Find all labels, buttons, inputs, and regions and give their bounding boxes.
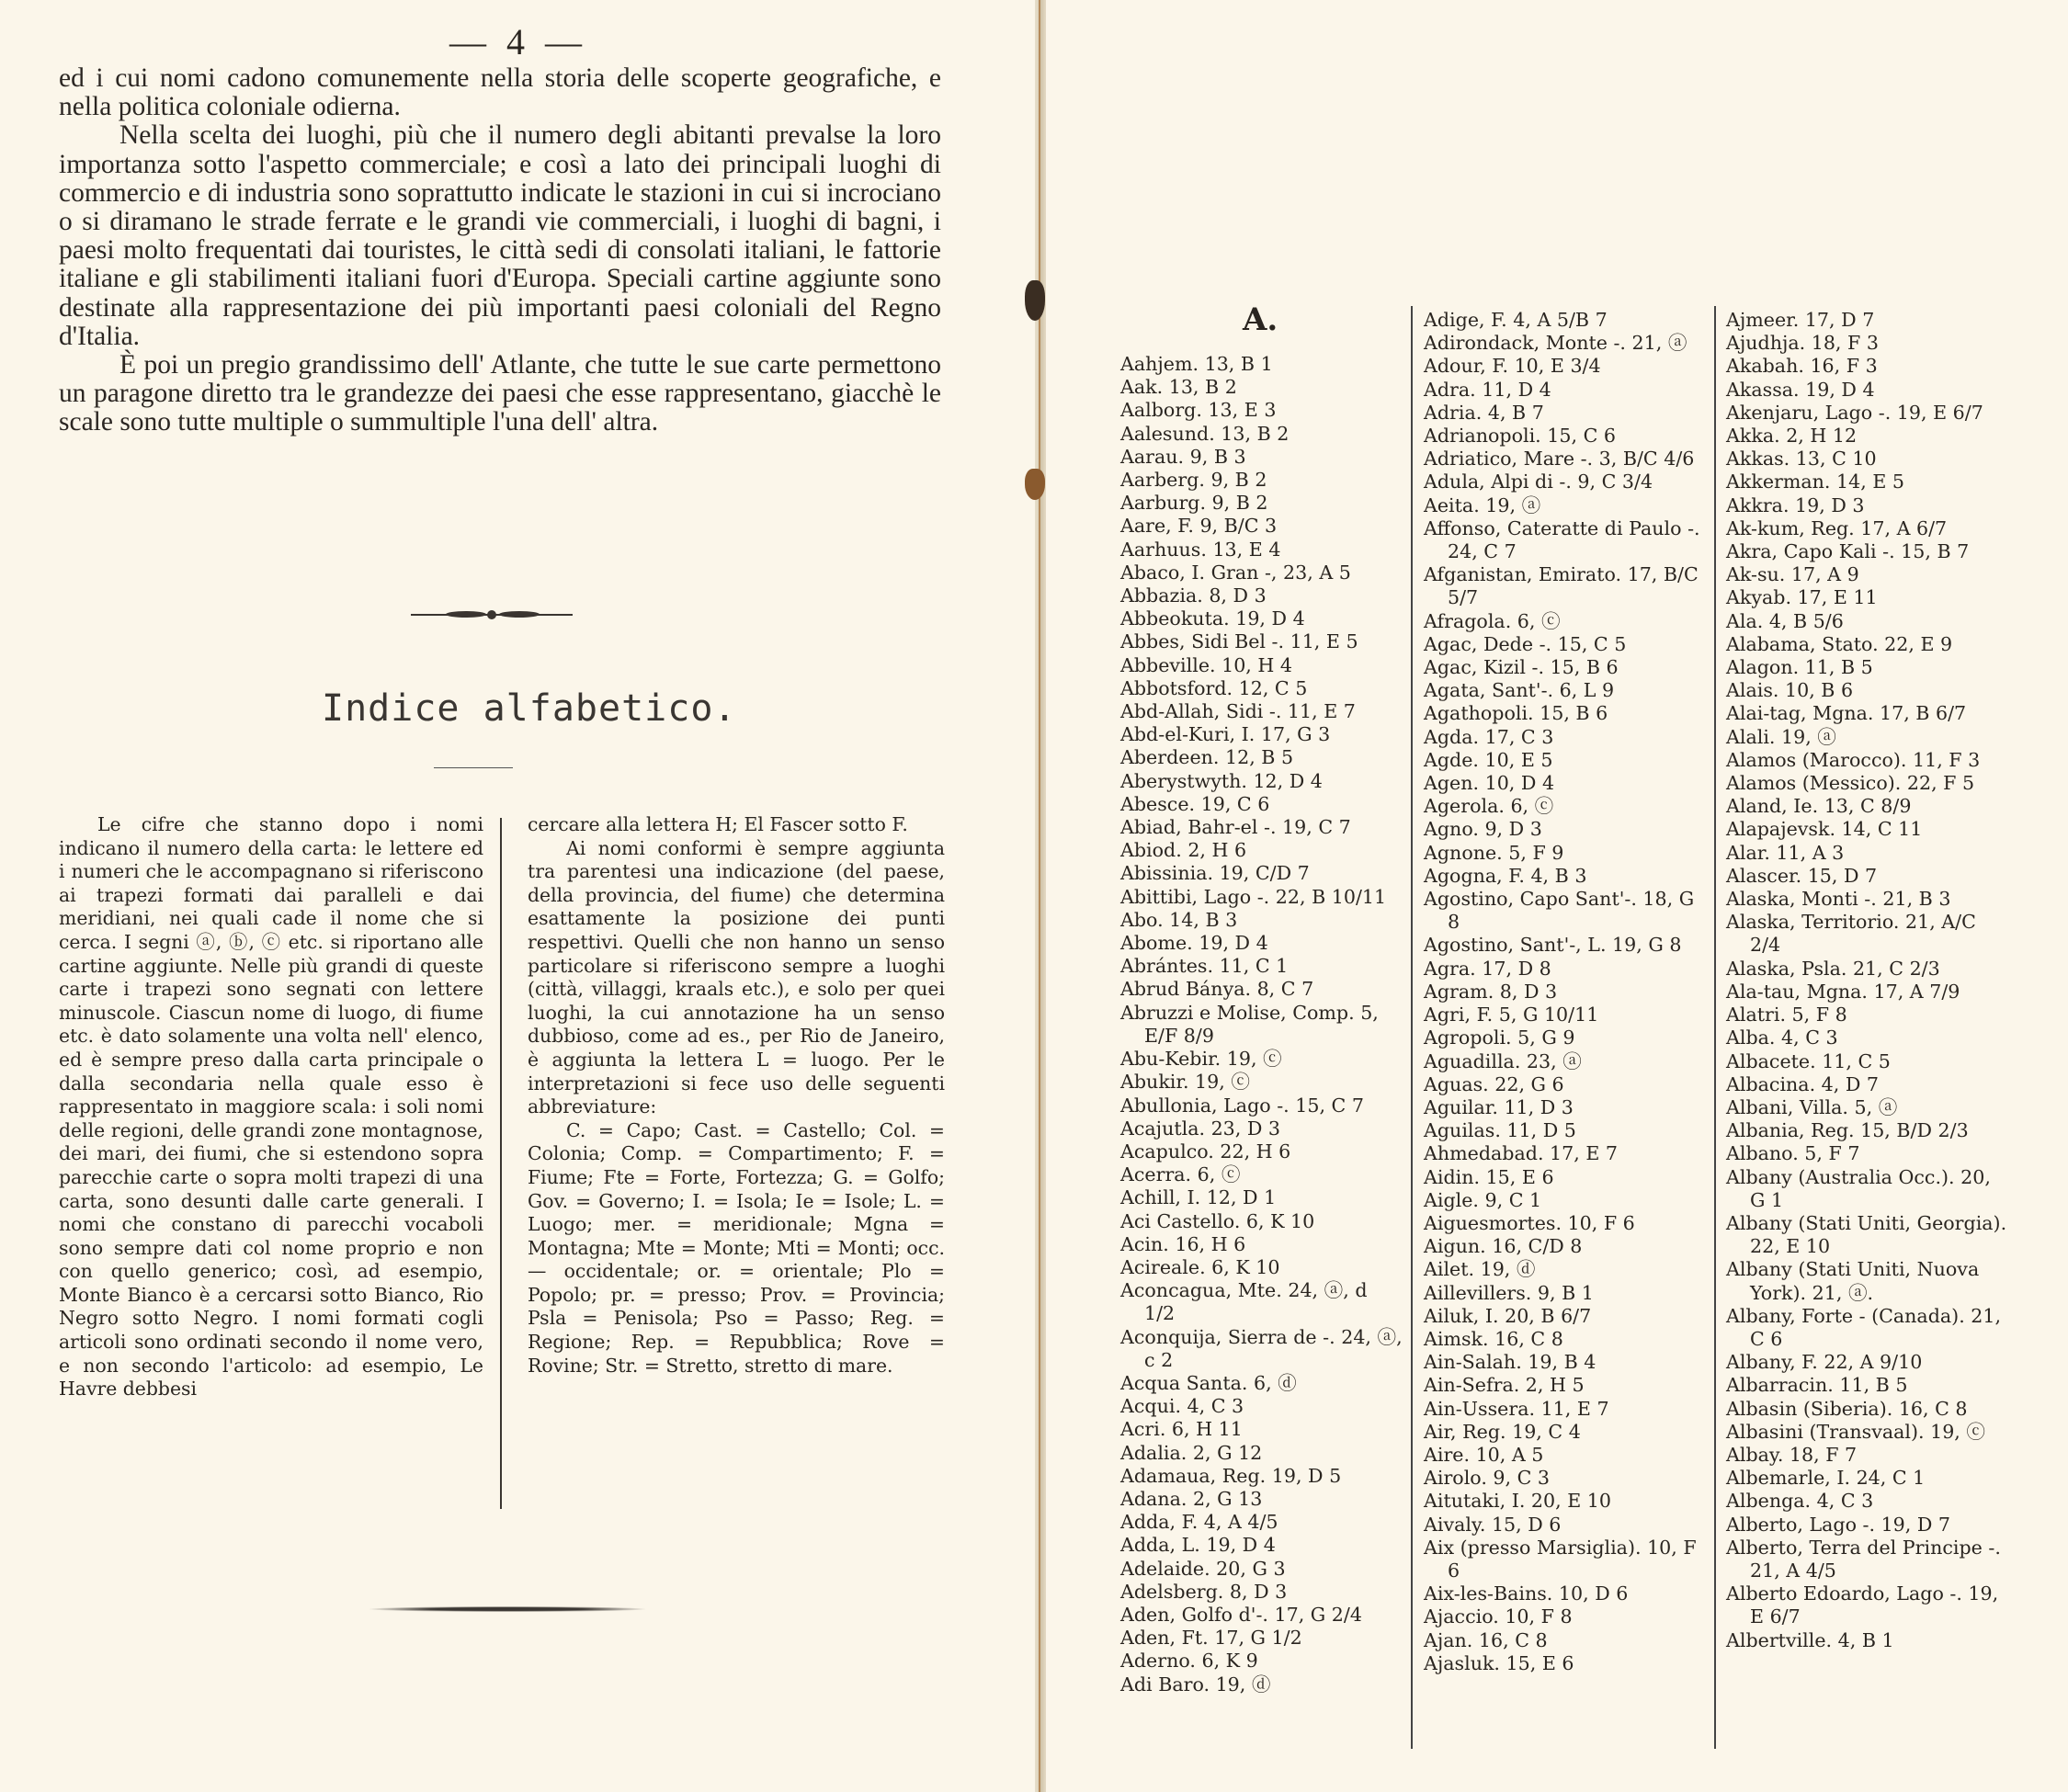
index-entry: Alapajevsk. 14, C 11: [1726, 818, 2009, 841]
explanation-paragraph: cercare alla lettera H; El Fascer sotto …: [528, 813, 945, 837]
index-entry: Abu-Kebir. 19, ⓒ: [1120, 1048, 1403, 1071]
index-entry: Aberdeen. 12, B 5: [1120, 746, 1403, 769]
index-entry: Alali. 19, ⓐ: [1726, 726, 2009, 749]
index-entry: Aarau. 9, B 3: [1120, 446, 1403, 469]
abbreviations-list: C. = Capo; Cast. = Castello; Col. = Colo…: [528, 1119, 945, 1378]
index-entry: Aconquija, Sierra de -. 24, ⓐ, c 2: [1120, 1326, 1403, 1372]
index-entry: Alaska, Monti -. 21, B 3: [1726, 888, 2009, 911]
index-entry: Agde. 10, E 5: [1424, 749, 1707, 772]
index-entry: Akenjaru, Lago -. 19, E 6/7: [1726, 402, 2009, 425]
index-entry: Aden, Ft. 17, G 1/2: [1120, 1627, 1403, 1650]
index-entry: Abiad, Bahr-el -. 19, C 7: [1120, 816, 1403, 839]
index-entry: Adrianopoli. 15, C 6: [1424, 425, 1707, 448]
index-entry: Aci Castello. 6, K 10: [1120, 1210, 1403, 1233]
index-entry: Adalia. 2, G 12: [1120, 1442, 1403, 1465]
index-entry: Aguilas. 11, D 5: [1424, 1119, 1707, 1142]
index-entry: Abbotsford. 12, C 5: [1120, 677, 1403, 700]
index-entry: Aalborg. 13, E 3: [1120, 399, 1403, 422]
book-spine: [1035, 0, 1046, 1792]
index-entry: Agri, F. 5, G 10/11: [1424, 1004, 1707, 1026]
index-entry: Albasin (Siberia). 16, C 8: [1726, 1398, 2009, 1421]
index-entry: Agra. 17, D 8: [1424, 958, 1707, 981]
ornament-divider-icon: [411, 611, 573, 618]
index-entry: Adana. 2, G 13: [1120, 1488, 1403, 1511]
index-entry: Adamaua, Reg. 19, D 5: [1120, 1465, 1403, 1488]
index-entry: Aimsk. 16, C 8: [1424, 1328, 1707, 1351]
index-entry: Agropoli. 5, G 9: [1424, 1026, 1707, 1049]
explanation-column-left: Le cifre che stanno dopo i nomi indicano…: [59, 813, 483, 1401]
index-entry: Ajaccio. 10, F 8: [1424, 1605, 1707, 1628]
explanation-paragraph: Ai nomi conformi è sempre aggiunta tra p…: [528, 837, 945, 1119]
index-entry: Ala-tau, Mgna. 17, A 7/9: [1726, 981, 2009, 1004]
index-entry: Agda. 17, C 3: [1424, 726, 1707, 749]
index-entry: Acqui. 4, C 3: [1120, 1395, 1403, 1418]
index-entry: Ailet. 19, ⓓ: [1424, 1258, 1707, 1281]
index-entry: Abd-el-Kuri, I. 17, G 3: [1120, 723, 1403, 746]
index-entry: Abbazia. 8, D 3: [1120, 584, 1403, 607]
index-column-2: Adige, F. 4, A 5/B 7Adirondack, Monte -.…: [1424, 309, 1707, 1675]
index-entry: Alaska, Psla. 21, C 2/3: [1726, 958, 2009, 981]
index-entry: Adour, F. 10, E 3/4: [1424, 355, 1707, 378]
index-entry: Acri. 6, H 11: [1120, 1418, 1403, 1441]
index-entry: Alatri. 5, F 8: [1726, 1004, 2009, 1026]
index-entry: Albenga. 4, C 3: [1726, 1490, 2009, 1513]
index-entry: Acireale. 6, K 10: [1120, 1256, 1403, 1279]
index-entry: Ain-Ussera. 11, E 7: [1424, 1398, 1707, 1421]
index-entry: Abaco, I. Gran -, 23, A 5: [1120, 561, 1403, 584]
index-entry: Akassa. 19, D 4: [1726, 379, 2009, 402]
index-entry: Abome. 19, D 4: [1120, 932, 1403, 955]
index-entry: Alabama, Stato. 22, E 9: [1726, 633, 2009, 656]
index-entry: Afganistan, Emirato. 17, B/C 5/7: [1424, 563, 1707, 609]
index-entry: Ajmeer. 17, D 7: [1726, 309, 2009, 332]
index-entry: Adda, F. 4, A 4/5: [1120, 1511, 1403, 1534]
index-entry: Aeita. 19, ⓐ: [1424, 494, 1707, 517]
title-rule: [434, 767, 513, 768]
index-entry: Agno. 9, D 3: [1424, 818, 1707, 841]
index-entry: Abittibi, Lago -. 22, B 10/11: [1120, 886, 1403, 909]
index-entry: Adelaide. 20, G 3: [1120, 1558, 1403, 1581]
index-entry: Ala. 4, B 5/6: [1726, 610, 2009, 633]
index-entry: Abiod. 2, H 6: [1120, 839, 1403, 862]
index-entry: Albasini (Transvaal). 19, ⓒ: [1726, 1421, 2009, 1444]
explanation-paragraph: Le cifre che stanno dopo i nomi indicano…: [59, 813, 483, 1401]
index-entry: Adria. 4, B 7: [1424, 402, 1707, 425]
index-entry: Ajasluk. 15, E 6: [1424, 1652, 1707, 1675]
index-entry: Aare, F. 9, B/C 3: [1120, 515, 1403, 538]
index-entry: Adra. 11, D 4: [1424, 379, 1707, 402]
index-entry: Acqua Santa. 6, ⓓ: [1120, 1372, 1403, 1395]
index-entry: Agathopoli. 15, B 6: [1424, 702, 1707, 725]
index-entry: Agram. 8, D 3: [1424, 981, 1707, 1004]
index-entry: Alaska, Territorio. 21, A/C 2/4: [1726, 911, 2009, 957]
index-entry: Aguilar. 11, D 3: [1424, 1096, 1707, 1119]
index-entry: Albertville. 4, B 1: [1726, 1629, 2009, 1652]
index-entry: Akra, Capo Kali -. 15, B 7: [1726, 540, 2009, 563]
index-entry: Albay. 18, F 7: [1726, 1444, 2009, 1467]
index-entry: Ain-Salah. 19, B 4: [1424, 1351, 1707, 1374]
index-entry: Abbeokuta. 19, D 4: [1120, 607, 1403, 630]
index-entry: Aidin. 15, E 6: [1424, 1166, 1707, 1189]
index-entry: Aarhuus. 13, E 4: [1120, 539, 1403, 561]
index-entry: Adda, L. 19, D 4: [1120, 1534, 1403, 1557]
intro-paragraph: ed i cui nomi cadono comunemente nella s…: [59, 64, 941, 121]
binding-thread: [1039, 0, 1040, 1792]
index-entry: Albano. 5, F 7: [1726, 1142, 2009, 1165]
index-entry: Aderno. 6, K 9: [1120, 1650, 1403, 1673]
index-entry: Abesce. 19, C 6: [1120, 793, 1403, 816]
end-ornament-icon: [369, 1606, 645, 1612]
index-column-1: Aahjem. 13, B 1Aak. 13, B 2Aalborg. 13, …: [1120, 353, 1403, 1696]
index-entry: Aland, Ie. 13, C 8/9: [1726, 795, 2009, 818]
index-entry: Adriatico, Mare -. 3, B/C 4/6: [1424, 448, 1707, 471]
index-entry: Aigun. 16, C/D 8: [1424, 1235, 1707, 1258]
index-entry: Aahjem. 13, B 1: [1120, 353, 1403, 376]
index-entry: Abbes, Sidi Bel -. 11, E 5: [1120, 630, 1403, 653]
index-entry: Albacete. 11, C 5: [1726, 1050, 2009, 1073]
column-divider: [500, 818, 502, 1509]
intro-paragraph: Nella scelta dei luoghi, più che il nume…: [59, 121, 941, 351]
index-entry: Alba. 4, C 3: [1726, 1026, 2009, 1049]
index-entry: Alberto, Lago -. 19, D 7: [1726, 1514, 2009, 1537]
index-entry: Acin. 16, H 6: [1120, 1233, 1403, 1256]
index-entry: Air, Reg. 19, C 4: [1424, 1421, 1707, 1444]
index-entry: Ain-Sefra. 2, H 5: [1424, 1374, 1707, 1397]
index-entry: Abrántes. 11, C 1: [1120, 955, 1403, 978]
index-entry: Aak. 13, B 2: [1120, 376, 1403, 399]
index-entry: Acerra. 6, ⓒ: [1120, 1163, 1403, 1186]
letter-heading: A.: [1243, 301, 1278, 338]
index-entry: Albacina. 4, D 7: [1726, 1073, 2009, 1096]
index-entry: Aix-les-Bains. 10, D 6: [1424, 1582, 1707, 1605]
index-entry: Affonso, Cateratte di Paulo -. 24, C 7: [1424, 517, 1707, 563]
index-entry: Ak-su. 17, A 9: [1726, 563, 2009, 586]
index-entry: Acajutla. 23, D 3: [1120, 1117, 1403, 1140]
index-entry: Abukir. 19, ⓒ: [1120, 1071, 1403, 1094]
index-entry: Ak-kum, Reg. 17, A 6/7: [1726, 517, 2009, 540]
index-entry: Abissinia. 19, C/D 7: [1120, 862, 1403, 885]
page-number: — 4 —: [0, 20, 1037, 63]
index-entry: Acapulco. 22, H 6: [1120, 1140, 1403, 1163]
index-entry: Alagon. 11, B 5: [1726, 656, 2009, 679]
index-entry: Akkerman. 14, E 5: [1726, 471, 2009, 493]
index-entry: Agogna, F. 4, B 3: [1424, 865, 1707, 888]
index-entry: Adirondack, Monte -. 21, ⓐ: [1424, 332, 1707, 355]
index-entry: Albemarle, I. 24, C 1: [1726, 1467, 2009, 1490]
index-entry: Abruzzi e Molise, Comp. 5, E/F 8/9: [1120, 1002, 1403, 1048]
index-entry: Albania, Reg. 15, B/D 2/3: [1726, 1119, 2009, 1142]
index-entry: Adige, F. 4, A 5/B 7: [1424, 309, 1707, 332]
index-entry: Akka. 2, H 12: [1726, 425, 2009, 448]
index-entry: Albani, Villa. 5, ⓐ: [1726, 1096, 2009, 1119]
index-entry: Alai-tag, Mgna. 17, B 6/7: [1726, 702, 2009, 725]
section-title: Indice alfabetico.: [322, 687, 736, 730]
index-entry: Abbeville. 10, H 4: [1120, 654, 1403, 677]
index-entry: Albany, F. 22, A 9/10: [1726, 1351, 2009, 1374]
index-entry: Ajudhja. 18, F 3: [1726, 332, 2009, 355]
index-entry: Aconcagua, Mte. 24, ⓐ, d 1/2: [1120, 1279, 1403, 1325]
index-entry: Alar. 11, A 3: [1726, 842, 2009, 865]
index-entry: Afragola. 6, ⓒ: [1424, 610, 1707, 633]
index-entry: Aillevillers. 9, B 1: [1424, 1282, 1707, 1305]
column-divider: [1714, 306, 1716, 1749]
index-entry: Albany (Stati Uniti, Georgia). 22, E 10: [1726, 1212, 2009, 1258]
index-entry: Akkra. 19, D 3: [1726, 494, 2009, 517]
index-entry: Aire. 10, A 5: [1424, 1444, 1707, 1467]
index-column-3: Ajmeer. 17, D 7Ajudhja. 18, F 3Akabah. 1…: [1726, 309, 2009, 1652]
index-entry: Akyab. 17, E 11: [1726, 586, 2009, 609]
index-entry: Alberto, Terra del Principe -. 21, A 4/5: [1726, 1537, 2009, 1582]
index-entry: Aiguesmortes. 10, F 6: [1424, 1212, 1707, 1235]
index-entry: Aarberg. 9, B 2: [1120, 469, 1403, 492]
index-entry: Aalesund. 13, B 2: [1120, 423, 1403, 446]
index-entry: Agerola. 6, ⓒ: [1424, 795, 1707, 818]
index-entry: Agac, Kizil -. 15, B 6: [1424, 656, 1707, 679]
index-entry: Albany (Australia Occ.). 20, G 1: [1726, 1166, 2009, 1212]
staple-icon: [1025, 280, 1045, 321]
index-entry: Airolo. 9, C 3: [1424, 1467, 1707, 1490]
index-entry: Ahmedabad. 17, E 7: [1424, 1142, 1707, 1165]
index-entry: Akabah. 16, F 3: [1726, 355, 2009, 378]
index-entry: Adi Baro. 19, ⓓ: [1120, 1673, 1403, 1696]
index-entry: Alais. 10, B 6: [1726, 679, 2009, 702]
index-entry: Alberto Edoardo, Lago -. 19, E 6/7: [1726, 1582, 2009, 1628]
index-entry: Abd-Allah, Sidi -. 11, E 7: [1120, 700, 1403, 723]
intro-paragraph: È poi un pregio grandissimo dell' Atlant…: [59, 351, 941, 437]
index-entry: Aberystwyth. 12, D 4: [1120, 770, 1403, 793]
index-entry: Agnone. 5, F 9: [1424, 842, 1707, 865]
index-entry: Adelsberg. 8, D 3: [1120, 1581, 1403, 1604]
index-entry: Agen. 10, D 4: [1424, 772, 1707, 795]
index-entry: Ailuk, I. 20, B 6/7: [1424, 1305, 1707, 1328]
index-entry: Agata, Sant'-. 6, L 9: [1424, 679, 1707, 702]
column-divider: [1411, 306, 1413, 1749]
index-entry: Albany, Forte - (Canada). 21, C 6: [1726, 1305, 2009, 1351]
index-entry: Abrud Bánya. 8, C 7: [1120, 978, 1403, 1001]
index-entry: Alamos (Messico). 22, F 5: [1726, 772, 2009, 795]
index-entry: Aguadilla. 23, ⓐ: [1424, 1050, 1707, 1073]
index-entry: Albany (Stati Uniti, Nuova York). 21, ⓐ.: [1726, 1258, 2009, 1304]
index-entry: Agostino, Capo Sant'-. 18, G 8: [1424, 888, 1707, 934]
intro-text: ed i cui nomi cadono comunemente nella s…: [59, 64, 941, 437]
index-entry: Aivaly. 15, D 6: [1424, 1514, 1707, 1537]
index-entry: Alamos (Marocco). 11, F 3: [1726, 749, 2009, 772]
index-entry: Agostino, Sant'-, L. 19, G 8: [1424, 934, 1707, 957]
explanation-column-right: cercare alla lettera H; El Fascer sotto …: [528, 813, 945, 1378]
index-entry: Akkas. 13, C 10: [1726, 448, 2009, 471]
index-entry: Aitutaki, I. 20, E 10: [1424, 1490, 1707, 1513]
index-entry: Alascer. 15, D 7: [1726, 865, 2009, 888]
index-entry: Aigle. 9, C 1: [1424, 1189, 1707, 1212]
index-entry: Adula, Alpi di -. 9, C 3/4: [1424, 471, 1707, 493]
index-entry: Ajan. 16, C 8: [1424, 1629, 1707, 1652]
index-entry: Aden, Golfo d'-. 17, G 2/4: [1120, 1604, 1403, 1627]
index-entry: Achill, I. 12, D 1: [1120, 1186, 1403, 1209]
index-entry: Albarracin. 11, B 5: [1726, 1374, 2009, 1397]
index-entry: Aguas. 22, G 6: [1424, 1073, 1707, 1096]
staple-icon: [1025, 469, 1045, 500]
index-entry: Agac, Dede -. 15, C 5: [1424, 633, 1707, 656]
index-entry: Abullonia, Lago -. 15, C 7: [1120, 1094, 1403, 1117]
index-entry: Abo. 14, B 3: [1120, 909, 1403, 932]
index-entry: Aix (presso Marsiglia). 10, F 6: [1424, 1537, 1707, 1582]
index-entry: Aarburg. 9, B 2: [1120, 492, 1403, 515]
